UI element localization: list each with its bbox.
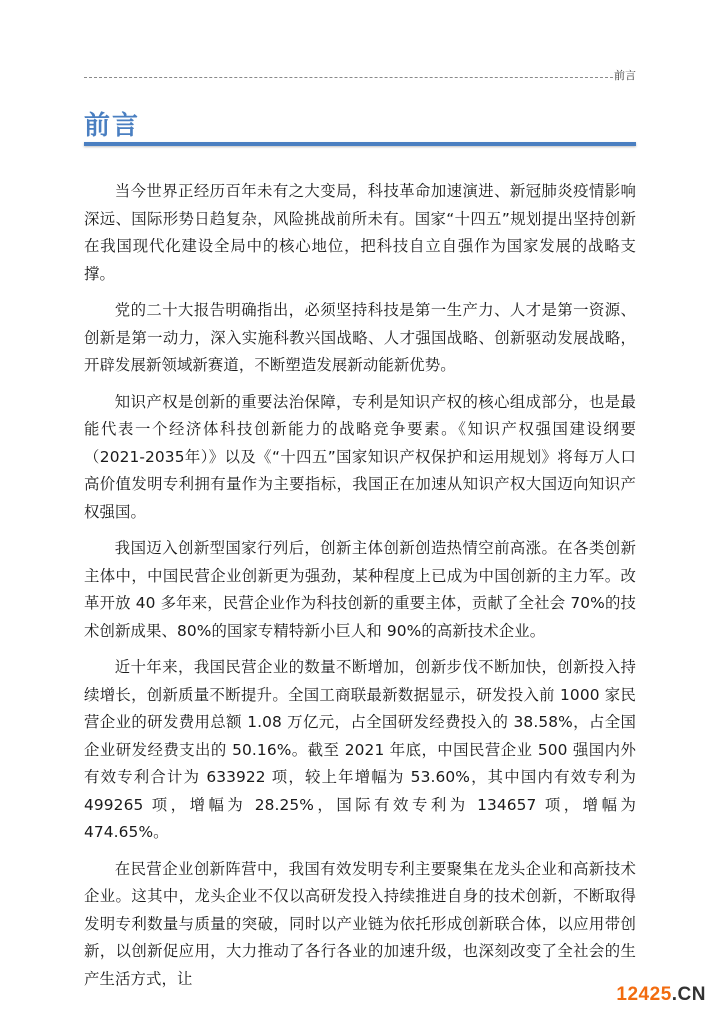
paragraph: 近十年来，我国民营企业的数量不断增加，创新步伐不断加快，创新投入持续增长，创新质… xyxy=(84,654,636,847)
page-number: I xyxy=(357,947,360,960)
watermark-domain: .CN xyxy=(672,984,706,1005)
paragraph: 我国迈入创新型国家行列后，创新主体创新创造热情空前高涨。在各类创新主体中，中国民… xyxy=(84,535,636,645)
paragraph: 在民营企业创新阵营中，我国有效发明专利主要聚集在龙头企业和高新技术企业。这其中，… xyxy=(84,856,636,994)
watermark-number: 12425 xyxy=(616,984,671,1005)
running-header-label: 前言 xyxy=(614,68,636,84)
paragraph: 知识产权是创新的重要法治保障，专利是知识产权的核心组成部分，也是最能代表一个经济… xyxy=(84,389,636,527)
watermark-logo: 12425.CN xyxy=(616,984,706,1006)
paragraph: 当今世界正经历百年未有之大变局，科技革命加速演进、新冠肺炎疫情影响深远、国际形势… xyxy=(84,178,636,288)
chapter-title: 前言 xyxy=(84,108,140,144)
header-dashed-rule xyxy=(84,77,613,78)
title-underline-rule xyxy=(84,142,636,146)
running-header: 前言 xyxy=(84,68,636,84)
paragraph: 党的二十大报告明确指出，必须坚持科技是第一生产力、人才是第一资源、创新是第一动力… xyxy=(84,297,636,380)
body-text: 当今世界正经历百年未有之大变局，科技革命加速演进、新冠肺炎疫情影响深远、国际形势… xyxy=(84,178,636,1002)
